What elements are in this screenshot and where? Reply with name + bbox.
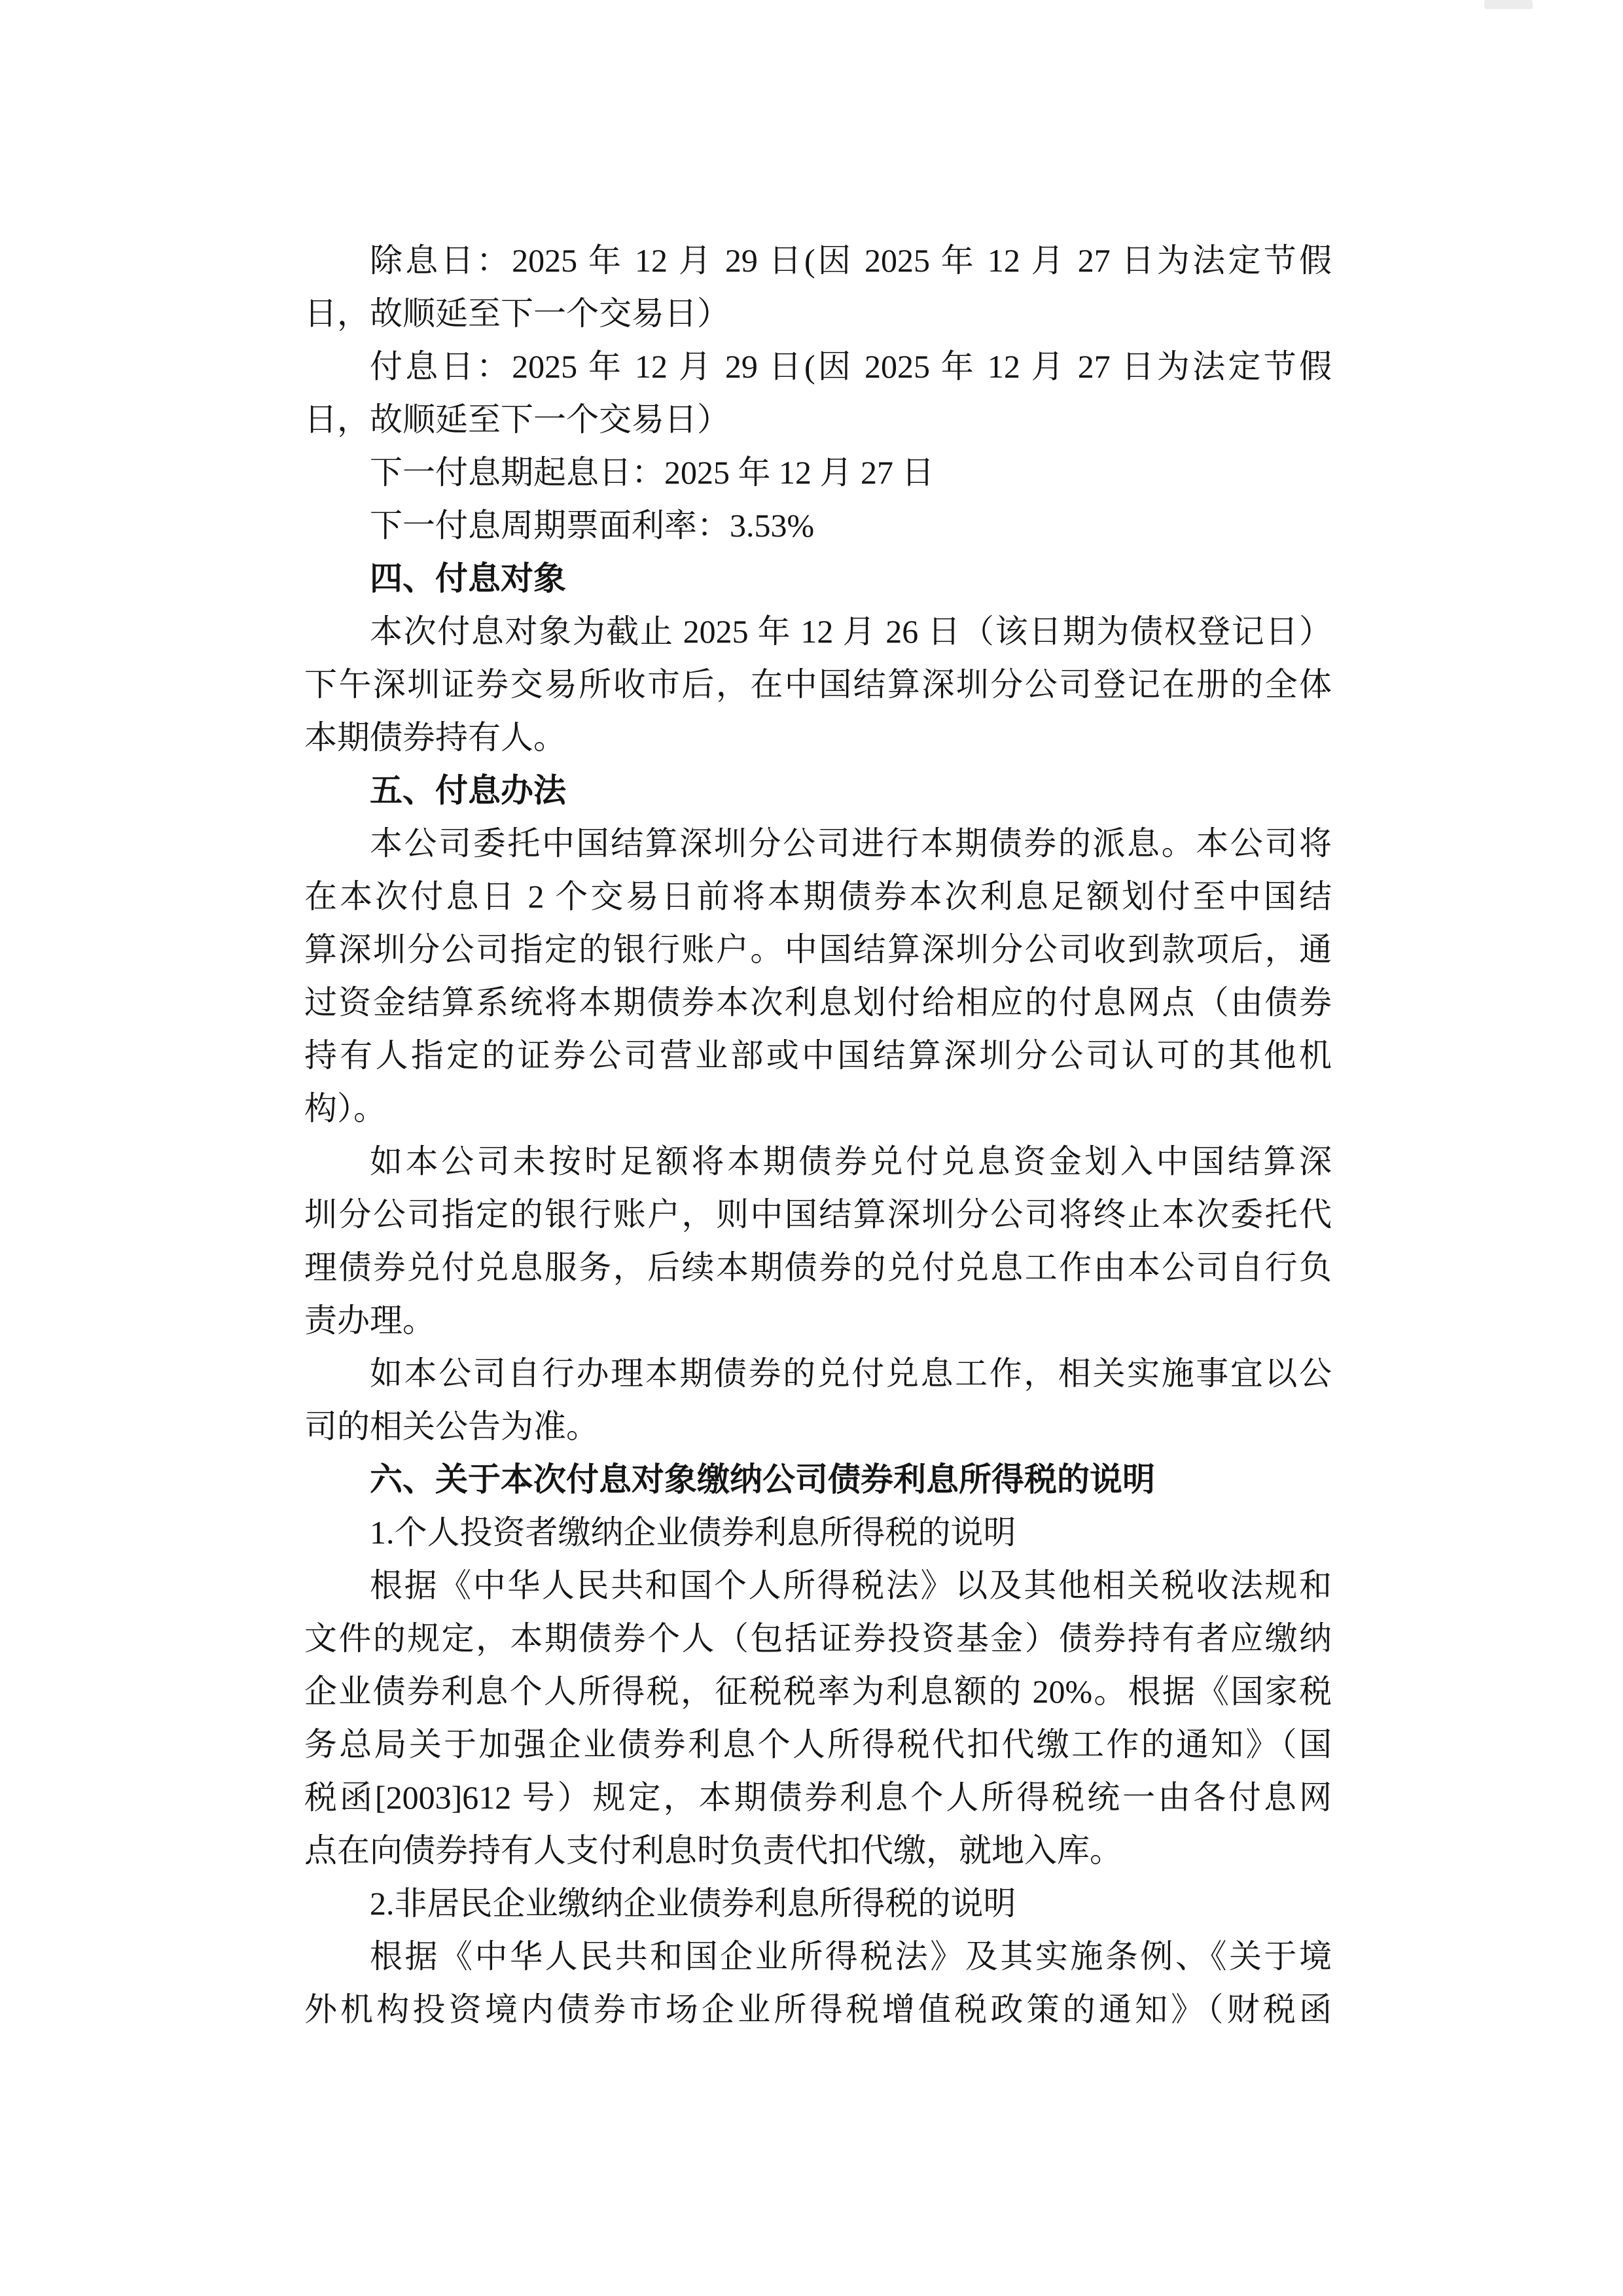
- text-line: 文件的规定，本期债券个人（包括证券投资基金）债券持有者应缴纳: [304, 1612, 1332, 1665]
- section-heading: 五、付息办法: [304, 764, 1332, 817]
- text-line: 根据《中华人民共和国企业所得税法》及其实施条例、《关于境: [304, 1930, 1332, 1983]
- text-line: 点在向债券持有人支付利息时负责代扣代缴，就地入库。: [304, 1824, 1332, 1877]
- text-line: 在本次付息日 2 个交易日前将本期债券本次利息足额划付至中国结: [304, 870, 1332, 923]
- text-line: 下午深圳证券交易所收市后，在中国结算深圳分公司登记在册的全体: [304, 658, 1332, 711]
- text-line: 理债券兑付兑息服务，后续本期债券的兑付兑息工作由本公司自行负: [304, 1241, 1332, 1294]
- text-line: 务总局关于加强企业债券利息个人所得税代扣代缴工作的通知》（国: [304, 1718, 1332, 1771]
- text-line: 圳分公司指定的银行账户，则中国结算深圳分公司将终止本次委托代: [304, 1188, 1332, 1241]
- text-line: 根据《中华人民共和国个人所得税法》以及其他相关税收法规和: [304, 1559, 1332, 1612]
- ex-interest-date-line: 除息日：2025 年 12 月 29 日(因 2025 年 12 月 27 日为…: [304, 234, 1332, 287]
- payment-date-line: 付息日：2025 年 12 月 29 日(因 2025 年 12 月 27 日为…: [304, 340, 1332, 393]
- text-line: 持有人指定的证券公司营业部或中国结算深圳分公司认可的其他机: [304, 1029, 1332, 1082]
- numbered-item: 2.非居民企业缴纳企业债券利息所得税的说明: [304, 1877, 1332, 1930]
- text-line: 日，故顺延至下一个交易日）: [304, 393, 1332, 446]
- next-coupon-rate-line: 下一付息周期票面利率：3.53%: [304, 499, 1332, 552]
- text-line: 本公司委托中国结算深圳分公司进行本期债券的派息。本公司将: [304, 817, 1332, 870]
- text-line: 外机构投资境内债券市场企业所得税增值税政策的通知》（财税函: [304, 1983, 1332, 2036]
- next-period-start-line: 下一付息期起息日：2025 年 12 月 27 日: [304, 446, 1332, 499]
- text-line: 算深圳分公司指定的银行账户。中国结算深圳分公司收到款项后，通: [304, 923, 1332, 976]
- document-text-block: 除息日：2025 年 12 月 29 日(因 2025 年 12 月 27 日为…: [304, 234, 1332, 2036]
- section-heading: 四、付息对象: [304, 552, 1332, 605]
- section-heading: 六、关于本次付息对象缴纳公司债券利息所得税的说明: [304, 1453, 1332, 1506]
- text-line: 日，故顺延至下一个交易日）: [304, 287, 1332, 340]
- text-line: 企业债券利息个人所得税，征税税率为利息额的 20%。根据《国家税: [304, 1665, 1332, 1718]
- scan-smudge-artifact: [1484, 0, 1533, 9]
- text-line: 税函[2003]612 号）规定，本期债券利息个人所得税统一由各付息网: [304, 1771, 1332, 1824]
- text-line: 本次付息对象为截止 2025 年 12 月 26 日（该日期为债权登记日）: [304, 605, 1332, 658]
- numbered-item: 1.个人投资者缴纳企业债券利息所得税的说明: [304, 1506, 1332, 1559]
- text-line: 构）。: [304, 1082, 1332, 1135]
- document-page: 除息日：2025 年 12 月 29 日(因 2025 年 12 月 27 日为…: [0, 0, 1623, 2296]
- text-line: 如本公司未按时足额将本期债券兑付兑息资金划入中国结算深: [304, 1135, 1332, 1188]
- text-line: 责办理。: [304, 1294, 1332, 1347]
- text-line: 如本公司自行办理本期债券的兑付兑息工作，相关实施事宜以公: [304, 1347, 1332, 1400]
- text-line: 司的相关公告为准。: [304, 1400, 1332, 1453]
- text-line: 本期债券持有人。: [304, 711, 1332, 764]
- text-line: 过资金结算系统将本期债券本次利息划付给相应的付息网点（由债券: [304, 976, 1332, 1029]
